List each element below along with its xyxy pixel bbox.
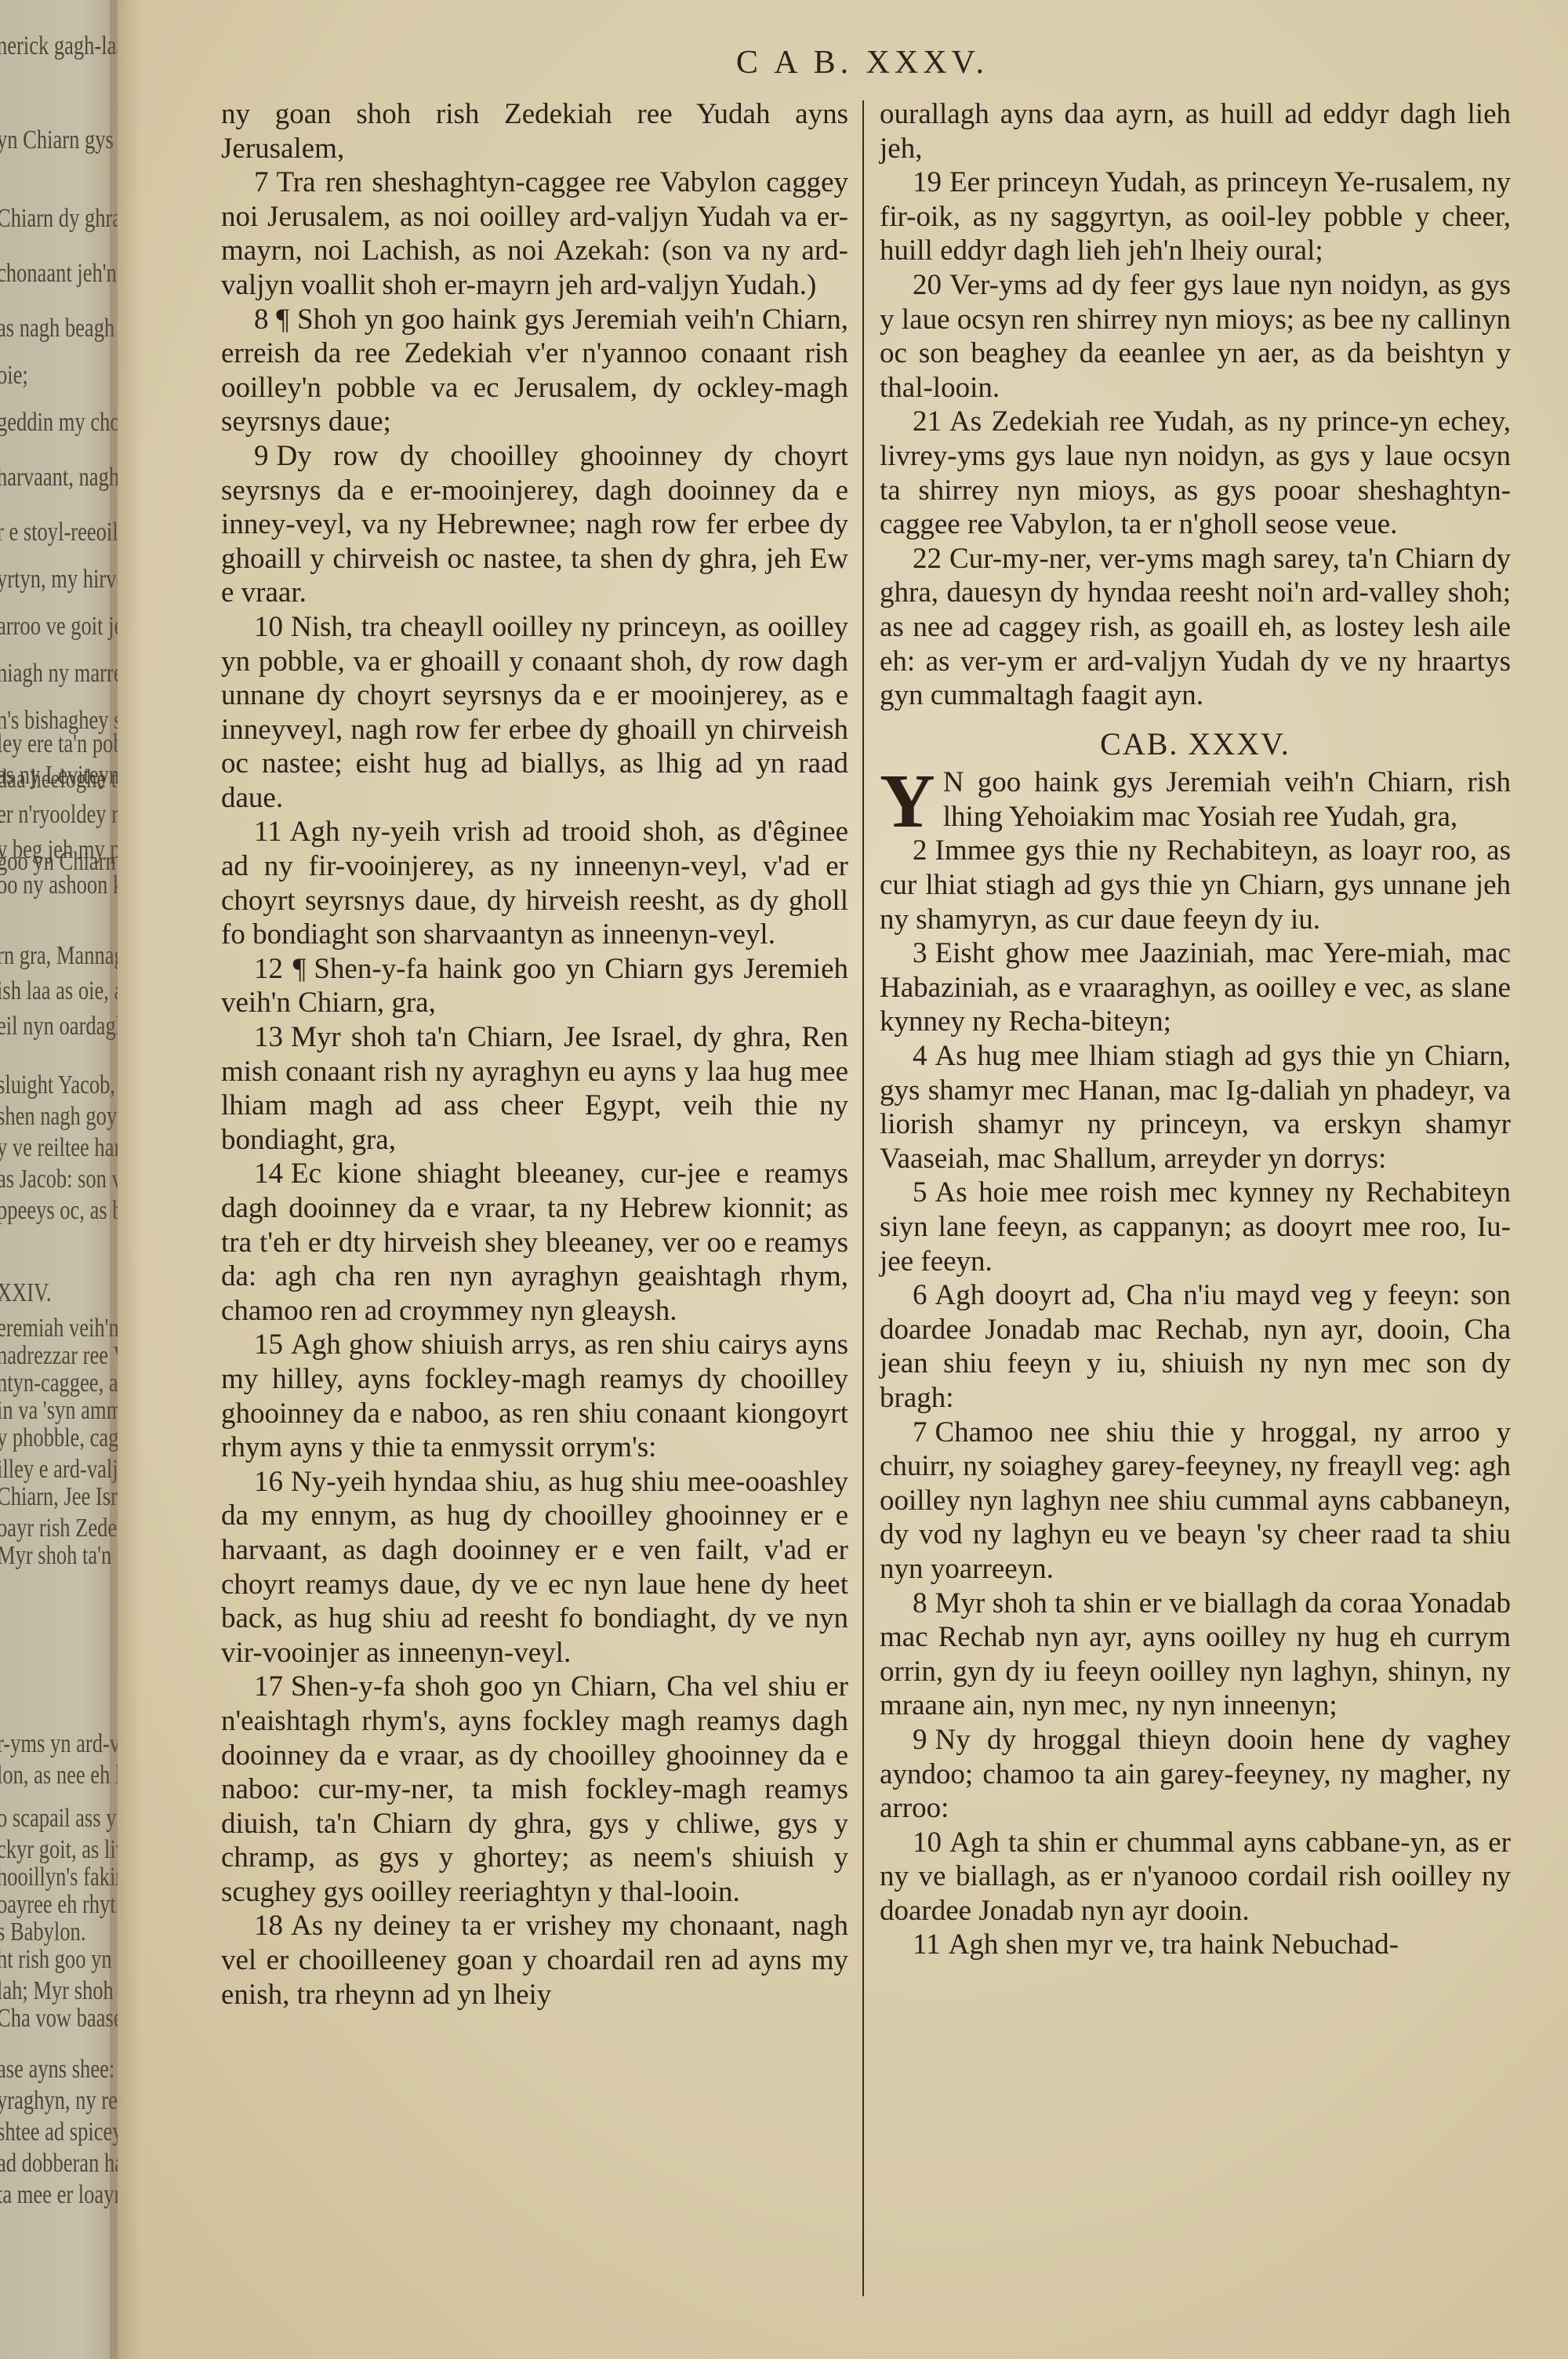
verse-number: 3 — [913, 937, 927, 969]
chapter-opening-verse: YN goo haink gys Jeremiah veih'n Chiarn,… — [880, 765, 1511, 834]
verse: 12 ¶Shen-y-fa haink goo yn Chiarn gys Je… — [221, 952, 848, 1020]
verse-text: Shen-y-fa haink goo yn Chiarn gys Jeremi… — [221, 953, 848, 1020]
verse: 9Dy row dy chooilley ghooinney dy choyrt… — [221, 439, 848, 610]
verse-text: Ny-yeih hyndaa shiu, as hug shiu mee-ooa… — [221, 1466, 848, 1669]
verse: 11Agh ny-yeih vrish ad trooid shoh, as d… — [221, 815, 848, 951]
facing-page-text-fragment: chonaant jeh'n laa — [0, 259, 118, 289]
verse-text: Tra ren sheshaghtyn-caggee ree Vabylon c… — [221, 166, 848, 301]
verse-text: Agh ny-yeih vrish ad trooid shoh, as d'ê… — [221, 816, 848, 951]
facing-page-text-fragment: Chiarn, Jee Israel, — [0, 1482, 118, 1512]
book-page: nerick gagh-laa kiyn Chiarn gys JeChiarn… — [0, 0, 1568, 2359]
verse-number: 12 ¶ — [254, 953, 306, 985]
facing-page-text-fragment: arroo ve goit jeh m — [0, 612, 118, 642]
verse-number: 15 — [254, 1329, 283, 1361]
verse-text: As hoie mee roish mec kynney ny Rechabit… — [880, 1176, 1511, 1277]
verse-text: Cur-my-ner, ver-yms magh sarey, ta'n Chi… — [880, 543, 1511, 711]
verse-text: As hug mee lhiam stiagh ad gys thie yn C… — [880, 1040, 1511, 1175]
facing-page-text-fragment: r-yms yn ard-valley — [0, 1729, 118, 1759]
verse-number: 13 — [254, 1021, 283, 1053]
verse: 13Myr shoh ta'n Chiarn, Jee Israel, dy g… — [221, 1020, 848, 1157]
facing-page-text-fragment: y phobble, caggey — [0, 1423, 118, 1453]
verse-number: 7 — [254, 166, 269, 198]
facing-page-text-fragment: yraghyn, ny reeaghyn — [0, 2086, 118, 2116]
facing-page-text-fragment: rn gra, Mannagh — [0, 941, 118, 971]
facing-page-text-fragment: nadrezzar ree Vabylon — [0, 1341, 118, 1371]
verse: 8Myr shoh ta shin er ve biallagh da cora… — [880, 1587, 1511, 1723]
verse: 11Agh shen myr ve, tra haink Nebuchad- — [880, 1928, 1511, 1962]
facing-page-edge: nerick gagh-laa kiyn Chiarn gys JeChiarn… — [0, 0, 118, 2359]
verse-number: 8 ¶ — [254, 304, 289, 336]
verse: 7Tra ren sheshaghtyn-caggee ree Vabylon … — [221, 165, 848, 302]
verse: 19Eer princeyn Yudah, as princeyn Ye-rus… — [880, 165, 1511, 268]
facing-page-text-fragment: ht rish goo yn Chiarn — [0, 1945, 118, 1975]
verse-number: 9 — [254, 440, 269, 472]
verse: 5As hoie mee roish mec kynney ny Rechabi… — [880, 1176, 1511, 1278]
verse-text: Ver-yms ad dy feer gys laue nyn noidyn, … — [880, 269, 1511, 404]
facing-page-text-fragment: eil nyn oardagh- — [0, 1012, 118, 1041]
verse-text: Nish, tra cheayll ooilley ny princeyn, a… — [221, 611, 848, 814]
verse: 18As ny deiney ta er vrishey my chonaant… — [221, 1909, 848, 2012]
verse-text: Dy row dy chooilley ghooinney dy choyrt … — [221, 440, 848, 609]
facing-page-text-fragment: o scapail ass y laue echey — [0, 1804, 118, 1834]
verse-number: 21 — [913, 405, 942, 438]
chapter-heading: CAB. XXXV. — [880, 727, 1511, 761]
verse-text: N goo haink gys Jeremiah veih'n Chiarn, … — [943, 766, 1511, 833]
facing-page-text-fragment: ppeeys oc, as bee' — [0, 1196, 118, 1226]
verse-text: Agh ghow shiuish arrys, as ren shiu cair… — [221, 1329, 848, 1463]
verse-number: 6 — [913, 1279, 927, 1311]
facing-page-text-fragment: Cha vow baase lesh — [0, 2004, 118, 2034]
verse-text: ny goan shoh rish Zedekiah ree Yudah ayn… — [221, 98, 848, 165]
verse: 20Ver-yms ad dy feer gys laue nyn noidyn… — [880, 268, 1511, 405]
verse-number: 2 — [913, 834, 927, 867]
verse: 7Chamoo nee shiu thie y hroggal, ny arro… — [880, 1416, 1511, 1587]
facing-page-text-fragment: oo ny ashoon kion- — [0, 871, 118, 900]
column-divider — [862, 100, 864, 2296]
left-column: ny goan shoh rish Zedekiah ree Yudah ayn… — [221, 97, 848, 2012]
facing-page-text-fragment: lah; Myr shoh ta'n Chiarn — [0, 1976, 118, 2006]
verse-number: 22 — [913, 543, 942, 575]
facing-page-text-fragment: sluight Yacob, as — [0, 1070, 118, 1100]
verse: 16Ny-yeih hyndaa shiu, as hug shiu mee-o… — [221, 1465, 848, 1670]
facing-page-text-fragment: in va 'syn ammys echey — [0, 1396, 118, 1426]
running-head: C A B. XXXV. — [706, 44, 1019, 82]
facing-page-text-fragment: as Jacob: son ve- — [0, 1165, 118, 1194]
facing-page-text-fragment: lon, as nee eh loste — [0, 1761, 118, 1790]
verse: 17Shen-y-fa shoh goo yn Chiarn, Cha vel … — [221, 1670, 848, 1909]
facing-page-text-fragment: daa heeloghe ta'n — [0, 765, 118, 794]
verse-number: 16 — [254, 1466, 283, 1498]
facing-page-text-fragment: ntyn-caggee, as ooilley — [0, 1369, 118, 1398]
verse: 10Nish, tra cheayll ooilley ny princeyn,… — [221, 610, 848, 816]
verse: 15Agh ghow shiuish arrys, as ren shiu ca… — [221, 1328, 848, 1464]
verse-number: 5 — [913, 1176, 927, 1209]
facing-page-text-fragment: XXIV. — [0, 1278, 52, 1308]
verse-text: Myr shoh ta'n Chiarn, Jee Israel, dy ghr… — [221, 1021, 848, 1156]
facing-page-text-fragment: niagh ny marrey — [0, 659, 118, 689]
verse-number: 11 — [254, 816, 282, 848]
facing-page-text-fragment: yn Chiarn gys Je — [0, 125, 118, 155]
verse: 21As Zedekiah ree Yudah, as ny prince-yn… — [880, 405, 1511, 541]
facing-page-text-fragment: geddin my chonaa — [0, 408, 118, 438]
verse-text: Myr shoh ta shin er ve biallagh da coraa… — [880, 1587, 1511, 1722]
verse-text: Shen-y-fa shoh goo yn Chiarn, Cha vel sh… — [221, 1670, 848, 1908]
verse-number: 11 — [913, 1928, 941, 1961]
facing-page-text-fragment: ish laa as oie, as — [0, 976, 118, 1006]
facing-page-text-fragment: Myr shoh ta'n Chiarn — [0, 1541, 118, 1571]
verse-number: 4 — [913, 1040, 927, 1072]
facing-page-text-fragment: eremiah veih'n Chiarn — [0, 1314, 118, 1343]
facing-page-text-fragment: ley ere ta'n pobble — [0, 729, 118, 759]
verse-text: Immee gys thie ny Rechabiteyn, as loayr … — [880, 834, 1511, 935]
verse-text: Shoh yn goo haink gys Jeremiah veih'n Ch… — [221, 304, 848, 438]
facing-page-text-fragment: oayr rish Zedekiah — [0, 1514, 118, 1543]
verse: 22Cur-my-ner, ver-yms magh sarey, ta'n C… — [880, 542, 1511, 713]
verse-text: Eer princeyn Yudah, as princeyn Ye-rusal… — [880, 166, 1511, 267]
verse: ourallagh ayns daa ayrn, as huill ad edd… — [880, 97, 1511, 165]
facing-page-text-fragment: hooillyn's fakin sooill — [0, 1863, 118, 1892]
verse-number: 19 — [913, 166, 942, 198]
verse-text: Ec kione shiaght bleeaney, cur-jee e rea… — [221, 1158, 848, 1326]
verse-number: 8 — [913, 1587, 927, 1619]
facing-page-text-fragment: harvaant, nagh bea — [0, 463, 118, 493]
verse-text: Agh ta shin er chummal ayns cabbane-yn, … — [880, 1826, 1511, 1927]
facing-page-text-fragment: oie; — [0, 361, 28, 391]
verse: 6Agh dooyrt ad, Cha n'iu mayd veg y feey… — [880, 1278, 1511, 1415]
facing-page-text-fragment: as nagh beagh laa — [0, 314, 118, 343]
verse-number: 17 — [254, 1670, 283, 1703]
facing-page-text-fragment: s Babylon. — [0, 1917, 85, 1947]
verse-text: Agh dooyrt ad, Cha n'iu mayd veg y feeyn… — [880, 1279, 1511, 1414]
facing-page-text-fragment: ad dobberan harryd — [0, 2149, 118, 2179]
facing-page-text-fragment: nerick gagh-laa ki — [0, 31, 118, 61]
facing-page-text-fragment: ckyr goit, as livreit — [0, 1835, 118, 1865]
verse: 3Eisht ghow mee Jaaziniah, mac Yere-miah… — [880, 936, 1511, 1039]
facing-page-text-fragment: er n'ryooldey roo? — [0, 800, 118, 830]
verse-text: Eisht ghow mee Jaaziniah, mac Yere-miah,… — [880, 937, 1511, 1038]
verse: 4As hug mee lhiam stiagh ad gys thie yn … — [880, 1039, 1511, 1176]
verse-text: As Zedekiah ree Yudah, as ny prince-yn e… — [880, 405, 1511, 540]
verse-number: 14 — [254, 1158, 283, 1190]
facing-page-text-fragment: y ve reiltee harrish — [0, 1133, 118, 1163]
facing-page-text-fragment: r e stoyl-reeoil; a — [0, 518, 118, 547]
verse: 8 ¶Shoh yn goo haink gys Jeremiah veih'n… — [221, 303, 848, 439]
verse-number: 7 — [913, 1416, 927, 1448]
facing-page-text-fragment: shen nagh goym's — [0, 1102, 118, 1132]
verse: ny goan shoh rish Zedekiah ree Yudah ayn… — [221, 97, 848, 165]
verse-number: 9 — [913, 1724, 927, 1756]
drop-cap: Y — [880, 770, 935, 833]
facing-page-text-fragment: oayree eh rhyt beeal — [0, 1890, 118, 1920]
verse: 14Ec kione shiaght bleeaney, cur-jee e r… — [221, 1157, 848, 1328]
verse-text: Chamoo nee shiu thie y hroggal, ny arroo… — [880, 1416, 1511, 1585]
verse: 2Immee gys thie ny Rechabiteyn, as loayr… — [880, 834, 1511, 936]
facing-page-text-fragment: illey e ard-valjyn gra — [0, 1455, 118, 1485]
verse-number: 10 — [913, 1826, 942, 1859]
verse: 10Agh ta shin er chummal ayns cabbane-yn… — [880, 1826, 1511, 1928]
right-column: ourallagh ayns daa ayrn, as huill ad edd… — [880, 97, 1511, 1962]
facing-page-text-fragment: shtee ad spiceyn mie — [0, 2117, 118, 2147]
verse-text: ourallagh ayns daa ayrn, as huill ad edd… — [880, 98, 1511, 165]
facing-page-text-fragment: y beg jeh my phob- — [0, 835, 118, 865]
verse-text: Agh shen myr ve, tra haink Nebuchad- — [949, 1928, 1399, 1961]
verse-number: 18 — [254, 1910, 283, 1942]
facing-page-text-fragment: Chiarn dy ghra, M — [0, 204, 118, 234]
verse: 9Ny dy hroggal thieyn dooin hene dy vagh… — [880, 1723, 1511, 1826]
verse-text: As ny deiney ta er vrishey my chonaant, … — [221, 1910, 848, 2010]
facing-page-text-fragment: ase ayns shee: as lesh — [0, 2055, 118, 2085]
facing-page-text-fragment: yrtyn, my hirveish — [0, 565, 118, 594]
gutter-shadow — [110, 0, 141, 2359]
verse-number: 20 — [913, 269, 942, 301]
verse-text: Ny dy hroggal thieyn dooin hene dy vaghe… — [880, 1724, 1511, 1824]
facing-page-text-fragment: ta mee er loayrt yn — [0, 2180, 118, 2210]
verse-number: 10 — [254, 611, 283, 643]
